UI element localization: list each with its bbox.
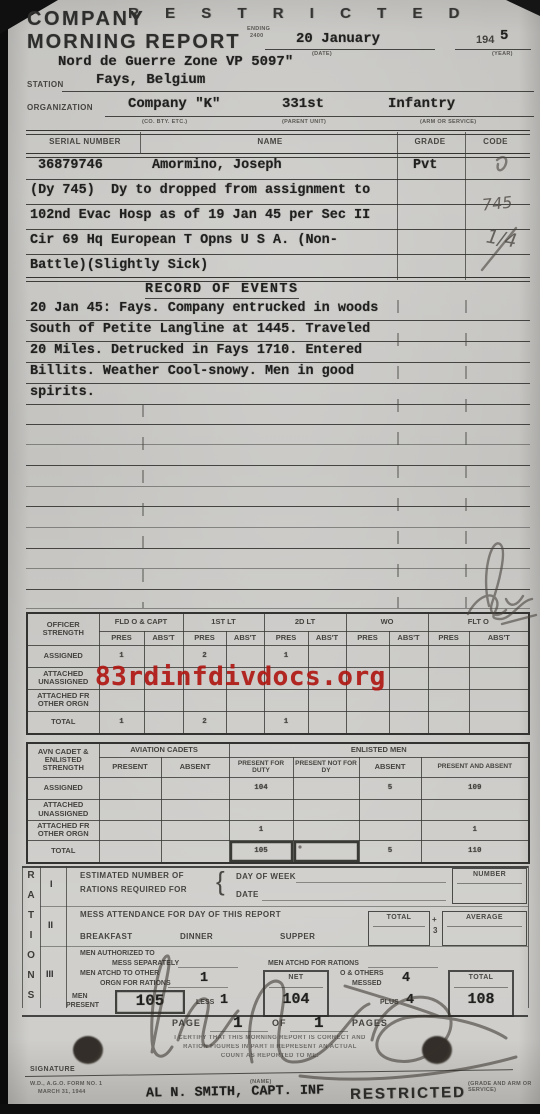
date-line bbox=[262, 900, 446, 901]
orgn-rations-value: 1 bbox=[200, 972, 208, 986]
row-label-attached-unassigned: ATTACHED UNASSIGNED bbox=[27, 667, 99, 689]
meal-dinner: DINNER bbox=[180, 933, 213, 941]
zone-line: Nord de Guerre Zone VP 5097" bbox=[58, 55, 293, 70]
station-underline bbox=[62, 91, 534, 92]
rations-row-divider-1 bbox=[40, 906, 528, 907]
cell bbox=[389, 711, 428, 734]
certification-line-1: I CERTIFY THAT THIS MORNING REPORT IS CO… bbox=[120, 1035, 420, 1041]
org-sublabel-3: (ARM OR SERVICE) bbox=[420, 120, 476, 126]
cell bbox=[389, 689, 428, 711]
morning-report-scan: R E S T R I C T E D COMPANY MORNING REPO… bbox=[0, 0, 540, 1114]
divide-plus-sign: + bbox=[432, 916, 437, 924]
cell bbox=[469, 711, 529, 734]
rations1-date: DATE bbox=[236, 891, 259, 899]
net-box: NET 104 bbox=[263, 970, 329, 1017]
cell bbox=[389, 667, 428, 689]
rations-letter-divider bbox=[40, 866, 41, 1008]
col-ac-present: PRESENT bbox=[99, 757, 161, 777]
rations-total-rule bbox=[454, 987, 508, 988]
roe-line-5: spirits. bbox=[30, 386, 95, 400]
col-em-present-and-absent: PRESENT AND ABSENT bbox=[421, 757, 529, 777]
cell bbox=[293, 777, 359, 799]
col-em-absent: ABSENT bbox=[359, 757, 421, 777]
org-arm-value: Infantry bbox=[388, 97, 455, 112]
row-label-attached-fr-other: ATTACHED FR OTHER ORGN bbox=[27, 689, 99, 711]
website-watermark: 83rdinfdivdocs.org bbox=[95, 662, 386, 692]
entry-line-1: (Dy 745) Dy to dropped from assignment t… bbox=[30, 184, 370, 198]
ink-blot-left bbox=[73, 1036, 103, 1064]
rations1-label1: ESTIMATED NUMBER OF bbox=[80, 872, 184, 880]
meal-supper: SUPPER bbox=[280, 933, 315, 941]
roe-line-4: Billits. Weather Cool-snowy. Men in good bbox=[30, 365, 354, 379]
rations-total-label: TOTAL bbox=[450, 974, 512, 981]
rations1-label2: RATIONS REQUIRED FOR bbox=[80, 886, 187, 894]
mess-total-rule bbox=[373, 926, 425, 927]
code-pencil-note-745: 745 bbox=[481, 194, 513, 214]
restricted-stamp-bottom: RESTRICTED bbox=[350, 1085, 466, 1103]
cell bbox=[346, 689, 389, 711]
cell bbox=[183, 689, 226, 711]
divider-grade-code bbox=[465, 132, 466, 280]
cell bbox=[99, 689, 144, 711]
cell: 1 bbox=[264, 711, 308, 734]
subheader-abst: ABS'T bbox=[389, 631, 428, 645]
restricted-stamp-top: R E S T R I C T E D bbox=[128, 6, 470, 22]
entry-line-3: Cir 69 Hq European T Opns U S A. (Non- bbox=[30, 234, 338, 248]
blank-rule bbox=[26, 424, 530, 425]
date-value: 20 January bbox=[296, 32, 380, 47]
faint-column-divider-1 bbox=[142, 404, 144, 608]
year-sublabel: (YEAR) bbox=[492, 52, 513, 58]
station-value: Fays, Belgium bbox=[96, 73, 205, 88]
col-em-present-for-duty: PRESENT FOR DUTY bbox=[229, 757, 293, 777]
serial-value: 36879746 bbox=[38, 159, 103, 173]
subheader-pres: PRES bbox=[99, 631, 144, 645]
cell-attfr-pa: 1 bbox=[421, 820, 529, 840]
subheader-abst: ABS'T bbox=[469, 631, 529, 645]
cell-assigned-absent: 5 bbox=[359, 777, 421, 799]
page-num: 1 bbox=[233, 1015, 243, 1032]
average-box: AVERAGE bbox=[442, 911, 527, 946]
blank-rule bbox=[26, 527, 530, 528]
scan-edge-bottom bbox=[0, 1104, 540, 1114]
row-label-assigned: ASSIGNED bbox=[27, 645, 99, 667]
cell bbox=[293, 799, 359, 820]
number-box-label: NUMBER bbox=[453, 871, 526, 878]
col-serial-number: SERIAL NUMBER bbox=[40, 138, 130, 146]
cell-assigned-pa: 109 bbox=[421, 777, 529, 799]
organization-underline bbox=[105, 116, 534, 117]
cell-total-pa: 110 bbox=[421, 840, 529, 863]
row-label-total: TOTAL bbox=[27, 840, 99, 863]
number-box: NUMBER bbox=[452, 868, 527, 904]
pages-num: 1 bbox=[314, 1015, 324, 1032]
average-label: AVERAGE bbox=[443, 914, 526, 921]
divide-three: 3 bbox=[433, 927, 438, 935]
mess-separately-line bbox=[178, 967, 238, 968]
cell-total-pnfd bbox=[293, 840, 359, 863]
rations2-label: MESS ATTENDANCE FOR DAY OF THIS REPORT bbox=[80, 911, 281, 919]
cell-assigned-pfd: 104 bbox=[229, 777, 293, 799]
average-rule bbox=[447, 926, 522, 927]
entry-rule-3 bbox=[26, 229, 530, 230]
subheader-pres: PRES bbox=[183, 631, 226, 645]
messed-value: 4 bbox=[402, 972, 410, 986]
net-rule bbox=[269, 987, 323, 988]
officer-group-flto: FLT O bbox=[428, 613, 529, 631]
less-label: LESS bbox=[196, 999, 214, 1006]
certification-line-2: RATION FIGURES IN PART II REPRESENT AN A… bbox=[120, 1044, 420, 1050]
rations-left-border bbox=[22, 866, 23, 1008]
roe-rule-1 bbox=[26, 320, 530, 321]
page-label: PAGE bbox=[172, 1019, 201, 1028]
cell bbox=[359, 820, 421, 840]
cell bbox=[428, 711, 469, 734]
col-ac-absent: ABSENT bbox=[161, 757, 229, 777]
officer-group-1stlt: 1ST LT bbox=[183, 613, 264, 631]
faint-column-divider-3 bbox=[465, 300, 467, 608]
col-name: NAME bbox=[230, 138, 310, 146]
orgn-rations-line bbox=[168, 987, 228, 988]
enlisted-strength-table: AVN CADET & ENLISTED STRENGTH AVIATION C… bbox=[26, 742, 530, 864]
signature-label: SIGNATURE bbox=[30, 1066, 75, 1073]
rations3-l2c: O & OTHERS bbox=[340, 970, 384, 977]
cell bbox=[308, 689, 346, 711]
col-em-present-not-for-dy: PRESENT NOT FOR DY bbox=[293, 757, 359, 777]
rations3-l2b: ORGN FOR RATIONS bbox=[100, 980, 171, 987]
cell bbox=[161, 777, 229, 799]
cell-total-pfd: 105 bbox=[229, 840, 293, 863]
pages-label: PAGES bbox=[352, 1019, 388, 1028]
blank-rule bbox=[26, 548, 530, 549]
row-label-assigned: ASSIGNED bbox=[27, 777, 99, 799]
rations-numeral-3: III bbox=[46, 970, 54, 979]
subheader-abst: ABS'T bbox=[144, 631, 183, 645]
roe-line-3: 20 Miles. Detrucked in Fays 1710. Entere… bbox=[30, 344, 362, 358]
brace-glyph: { bbox=[216, 868, 225, 895]
faint-column-divider-2 bbox=[397, 300, 399, 608]
plus-value: 4 bbox=[406, 994, 414, 1008]
roe-line-1: 20 Jan 45: Fays. Company entrucked in wo… bbox=[30, 302, 378, 316]
rations-total-box: TOTAL 108 bbox=[448, 970, 514, 1017]
cell bbox=[421, 799, 529, 820]
cell bbox=[99, 799, 161, 820]
entry-line-2: 102nd Evac Hosp as of 19 Jan 45 per Sec … bbox=[30, 209, 370, 223]
ending-label: ENDING bbox=[247, 27, 270, 33]
row-label-attached-unassigned: ATTACHED UNASSIGNED bbox=[27, 799, 99, 820]
year-typed: 5 bbox=[500, 29, 508, 44]
of-label: OF bbox=[272, 1019, 287, 1028]
organization-label: ORGANIZATION bbox=[27, 104, 93, 112]
section-divider-1 bbox=[26, 130, 530, 135]
form-title-line2: MORNING REPORT bbox=[27, 32, 241, 53]
men-atchd-rations-line bbox=[368, 967, 438, 968]
blank-rule bbox=[26, 589, 530, 590]
net-value: 104 bbox=[265, 991, 327, 1008]
rations-total-value: 108 bbox=[450, 991, 512, 1008]
ending-value: 2400 bbox=[250, 34, 263, 40]
cell bbox=[469, 667, 529, 689]
col-grade: GRADE bbox=[405, 138, 455, 146]
mess-total-label: TOTAL bbox=[369, 914, 429, 921]
row-label-total: TOTAL bbox=[27, 711, 99, 734]
officer-table-title: OFFICER STRENGTH bbox=[27, 613, 99, 645]
cell bbox=[469, 645, 529, 667]
divider-name-grade bbox=[397, 132, 398, 280]
officer-group-wo: WO bbox=[346, 613, 428, 631]
cell-total-absent: 5 bbox=[359, 840, 421, 863]
cell bbox=[226, 689, 264, 711]
subheader-pres: PRES bbox=[264, 631, 308, 645]
grade-value: Pvt bbox=[413, 159, 437, 173]
roe-rule-2 bbox=[26, 341, 530, 342]
rations3-l1b: MESS SEPARATELY bbox=[112, 960, 179, 967]
divider-serial-name bbox=[140, 132, 141, 154]
blank-rule bbox=[26, 444, 530, 445]
col-code: CODE bbox=[468, 138, 523, 146]
date-underline bbox=[265, 49, 435, 50]
cell bbox=[308, 711, 346, 734]
entry-rule-1 bbox=[26, 179, 530, 180]
rations1-day-of-week: DAY OF WEEK bbox=[236, 873, 296, 881]
less-value: 1 bbox=[220, 994, 228, 1008]
cell bbox=[389, 645, 428, 667]
roe-rule-4 bbox=[26, 383, 530, 384]
cell bbox=[469, 689, 529, 711]
cell bbox=[428, 689, 469, 711]
ink-blot-right bbox=[422, 1036, 452, 1064]
org-unit-value: Company "K" bbox=[128, 97, 220, 112]
cell bbox=[99, 777, 161, 799]
group-aviation-cadets: AVIATION CADETS bbox=[99, 743, 229, 757]
mess-total-box: TOTAL bbox=[368, 911, 430, 946]
cell: 2 bbox=[183, 711, 226, 734]
cell bbox=[161, 840, 229, 863]
form-number-line2: MARCH 31, 1944 bbox=[38, 1090, 86, 1096]
row-label-attached-fr-other: ATTACHED FR OTHER ORGN bbox=[27, 820, 99, 840]
rations3-l2d: MESSED bbox=[352, 980, 382, 987]
blank-rule bbox=[26, 486, 530, 487]
rations-bottom-rule bbox=[22, 1015, 528, 1017]
roe-line-2: South of Petite Langline at 1445. Travel… bbox=[30, 323, 370, 337]
org-sublabel-1: (CO. BTY. ETC.) bbox=[142, 120, 187, 126]
blank-rule bbox=[26, 608, 530, 609]
name-value: Amormino, Joseph bbox=[152, 159, 282, 173]
rations-right-border bbox=[528, 866, 529, 1008]
cell bbox=[99, 840, 161, 863]
meal-breakfast: BREAKFAST bbox=[80, 933, 133, 941]
cell bbox=[99, 820, 161, 840]
rations3-l1a: MEN AUTHORIZED TO bbox=[80, 950, 155, 957]
number-box-rule bbox=[457, 883, 522, 884]
men-present-handbox: 105 bbox=[115, 990, 185, 1014]
enlisted-table-title: AVN CADET & ENLISTED STRENGTH bbox=[27, 743, 99, 777]
cell bbox=[144, 689, 183, 711]
plus-label: PLUS bbox=[380, 999, 399, 1006]
org-sublabel-2: (PARENT UNIT) bbox=[282, 120, 326, 126]
officer-group-fldo: FLD O & CAPT bbox=[99, 613, 183, 631]
certification-line-3: COUNT AS REPORTED TO ME: bbox=[120, 1053, 420, 1059]
men-present-value: 105 bbox=[136, 992, 165, 1010]
cell bbox=[428, 667, 469, 689]
day-of-week-line bbox=[296, 882, 446, 883]
form-number-line1: W.D., A.G.O. FORM NO. 1 bbox=[30, 1082, 102, 1088]
rations-numeral-2: II bbox=[48, 921, 53, 930]
officer-group-2dlt: 2D LT bbox=[264, 613, 346, 631]
rations-row-divider-2 bbox=[40, 946, 528, 947]
station-label: STATION bbox=[27, 81, 64, 89]
cell bbox=[293, 820, 359, 840]
rations-vertical-label: RATIONS bbox=[25, 870, 36, 1006]
rations3-l2a: MEN ATCHD TO OTHER bbox=[80, 970, 159, 977]
scan-corner-shadow-right bbox=[506, 0, 540, 16]
year-printed: 194 bbox=[476, 35, 494, 47]
cell bbox=[226, 711, 264, 734]
cell bbox=[359, 799, 421, 820]
org-parent-value: 331st bbox=[282, 97, 324, 112]
roe-rule-5 bbox=[26, 404, 530, 405]
entry-rule-4 bbox=[26, 254, 530, 255]
rations-numeral-1: I bbox=[50, 880, 53, 889]
cell-attfr-pfd: 1 bbox=[229, 820, 293, 840]
date-sublabel: (DATE) bbox=[312, 52, 332, 58]
cell bbox=[229, 799, 293, 820]
rations3-l3a: MEN bbox=[72, 993, 88, 1000]
cell bbox=[346, 711, 389, 734]
form-title-line1: COMPANY bbox=[27, 9, 145, 30]
cell: 1 bbox=[99, 711, 144, 734]
rations3-l1c: MEN ATCHD FOR RATIONS bbox=[268, 960, 359, 967]
rations-numeral-divider bbox=[66, 866, 67, 1008]
record-of-events-title: RECORD OF EVENTS bbox=[145, 283, 299, 299]
cell bbox=[161, 820, 229, 840]
subheader-pres: PRES bbox=[428, 631, 469, 645]
cell bbox=[161, 799, 229, 820]
subheader-pres: PRES bbox=[346, 631, 389, 645]
year-underline bbox=[455, 49, 531, 50]
roe-rule-3 bbox=[26, 362, 530, 363]
net-label: NET bbox=[265, 974, 327, 981]
grade-sublabel: (GRADE AND ARM OR SERVICE) bbox=[468, 1082, 540, 1094]
blank-rule bbox=[26, 465, 530, 466]
subheader-abst: ABS'T bbox=[308, 631, 346, 645]
entry-rule-2 bbox=[26, 204, 530, 205]
entry-line-4: Battle)(Slightly Sick) bbox=[30, 259, 208, 273]
blank-rule bbox=[26, 506, 530, 507]
rations3-l3b: PRESENT bbox=[66, 1002, 99, 1009]
subheader-abst: ABS'T bbox=[226, 631, 264, 645]
cell bbox=[264, 689, 308, 711]
group-enlisted-men: ENLISTED MEN bbox=[229, 743, 529, 757]
cell bbox=[144, 711, 183, 734]
blank-rule bbox=[26, 568, 530, 569]
cell bbox=[428, 645, 469, 667]
